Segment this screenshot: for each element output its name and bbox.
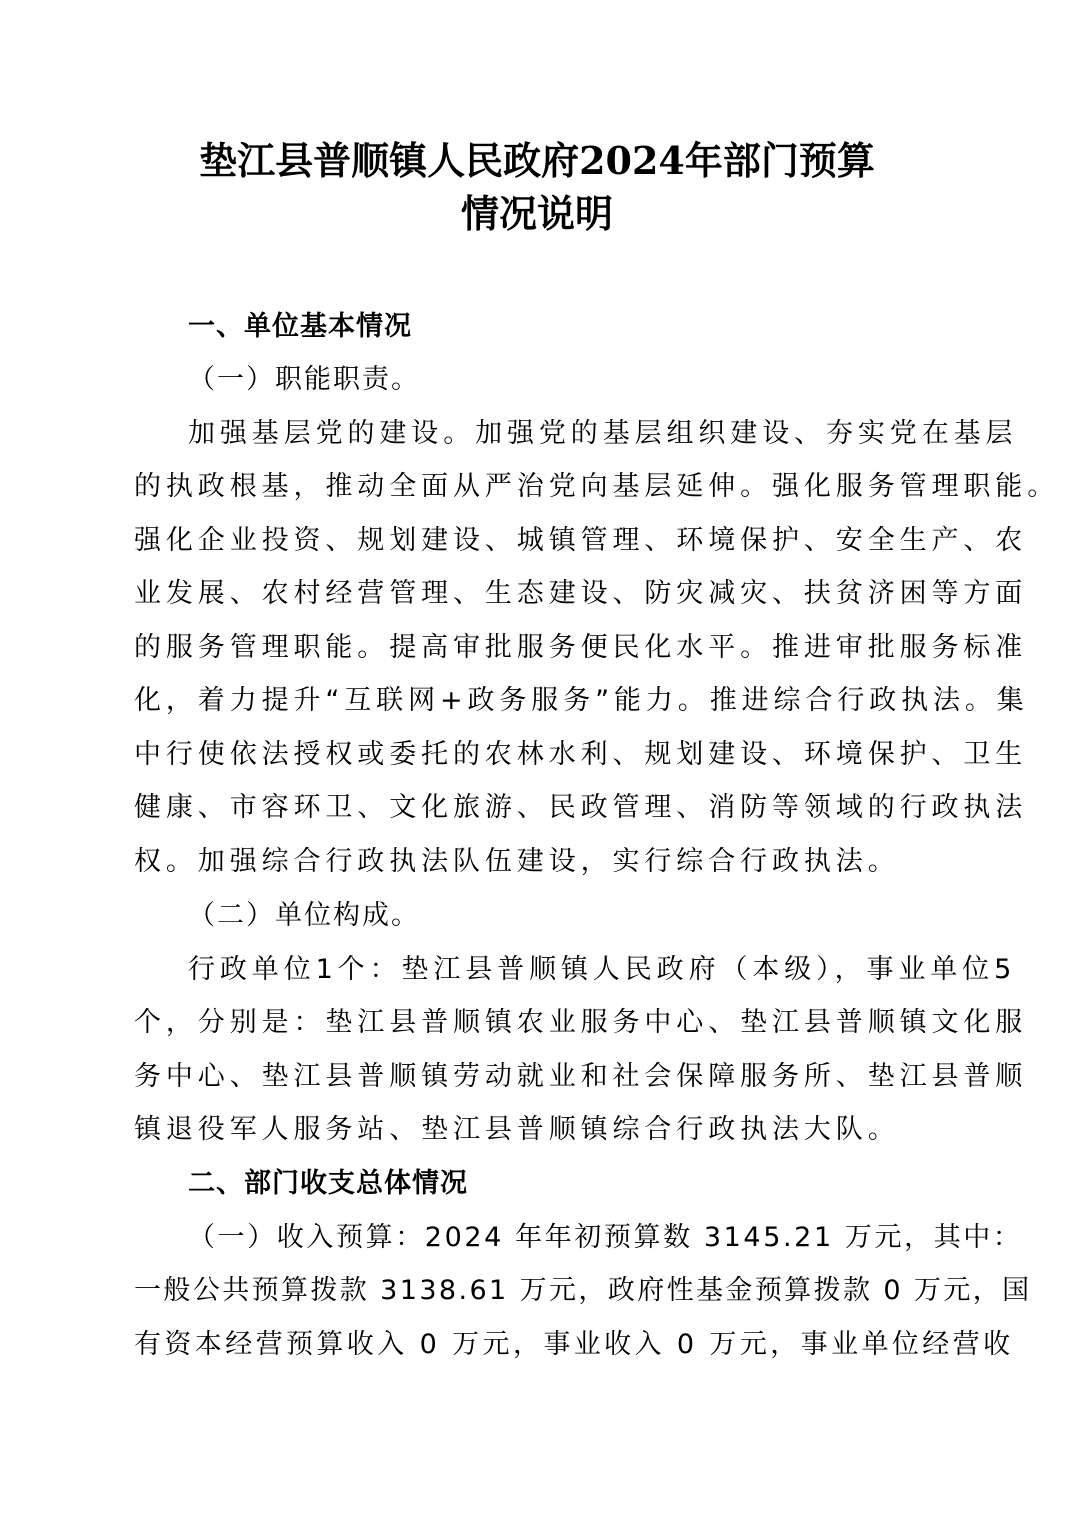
paragraph-line: 一般公共预算拨款 3138.61 万元，政府性基金预算拨款 0 万元，国 <box>134 1271 944 1311</box>
paragraph-line: 的服务管理职能。提高审批服务便民化水平。推进审批服务标准 <box>134 628 944 668</box>
paragraph-line: 权。加强综合行政执法队伍建设，实行综合行政执法。 <box>134 842 944 882</box>
paragraph-line: （一）收入预算：2024 年年初预算数 3145.21 万元，其中： <box>188 1218 944 1258</box>
document-title-line2: 情况说明 <box>0 186 1074 242</box>
paragraph-line: 业发展、农村经营管理、生态建设、防灾减灾、扶贫济困等方面 <box>134 574 944 614</box>
section-heading-basic-info: 一、单位基本情况 <box>188 307 944 347</box>
paragraph-line: 的执政根基，推动全面从严治党向基层延伸。强化服务管理职能。 <box>134 467 944 507</box>
paragraph-line: 有资本经营预算收入 0 万元，事业收入 0 万元，事业单位经营收 <box>134 1325 944 1365</box>
paragraph-line: 加强基层党的建设。加强党的基层组织建设、夯实党在基层 <box>188 414 944 454</box>
subsection-heading-functions: （一）职能职责。 <box>188 360 944 400</box>
paragraph-line: 行政单位1个：垫江县普顺镇人民政府（本级），事业单位5 <box>188 950 944 990</box>
section-heading-budget-overview: 二、部门收支总体情况 <box>188 1164 944 1204</box>
paragraph-line: 镇退役军人服务站、垫江县普顺镇综合行政执法大队。 <box>134 1110 944 1150</box>
paragraph-line: 务中心、垫江县普顺镇劳动就业和社会保障服务所、垫江县普顺 <box>134 1057 944 1097</box>
paragraph-line: 强化企业投资、规划建设、城镇管理、环境保护、安全生产、农 <box>134 521 944 561</box>
paragraph-line: 个，分别是：垫江县普顺镇农业服务中心、垫江县普顺镇文化服 <box>134 1003 944 1043</box>
paragraph-line: 中行使依法授权或委托的农林水利、规划建设、环境保护、卫生 <box>134 735 944 775</box>
paragraph-line: 健康、市容环卫、文化旅游、民政管理、消防等领域的行政执法 <box>134 788 944 828</box>
paragraph-line: 化，着力提升“互联网+政务服务”能力。推进综合行政执法。集 <box>134 681 944 721</box>
document-title-line1: 垫江县普顺镇人民政府2024年部门预算 <box>0 133 1074 189</box>
document-page: 垫江县普顺镇人民政府2024年部门预算 情况说明 一、单位基本情况 （一）职能职… <box>0 0 1074 1520</box>
subsection-heading-composition: （二）单位构成。 <box>188 896 944 936</box>
